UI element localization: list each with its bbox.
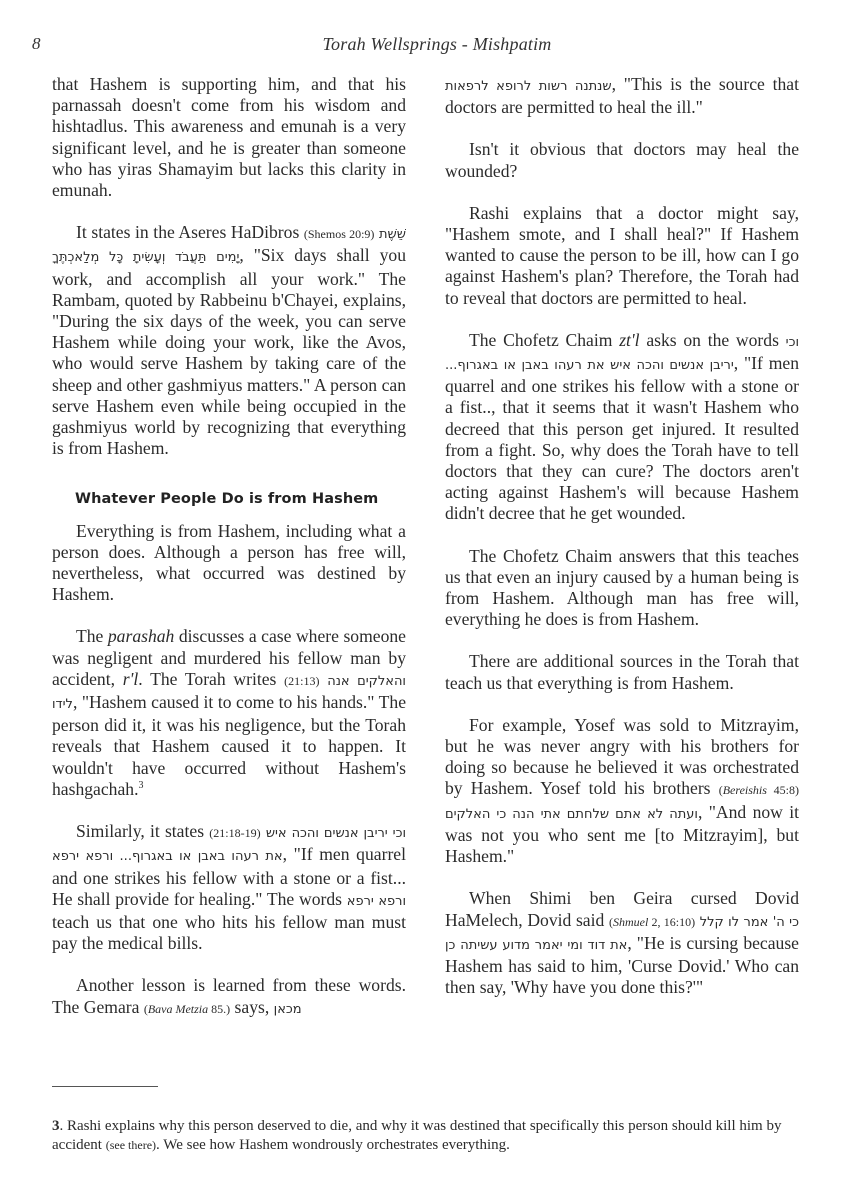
text: teach us that one who hits his fellow ma…	[52, 912, 406, 953]
left-column: that Hashem is supporting him, and that …	[52, 74, 406, 1041]
paragraph: Everything is from Hashem, including wha…	[52, 521, 406, 606]
paragraph: שנתנה רשות לרופא לרפאות, "This is the so…	[445, 74, 799, 118]
paragraph: The Chofetz Chaim answers that this teac…	[445, 546, 799, 631]
text: says,	[230, 997, 274, 1017]
text: , "Hashem caused it to come to his hands…	[52, 692, 406, 799]
paragraph: Similarly, it states (21:18-19) וכי יריב…	[52, 821, 406, 954]
text: , "Six days shall you work, and accompli…	[52, 245, 406, 458]
running-title: Torah Wellsprings - Mishpatim	[0, 34, 849, 55]
running-head: 8 Torah Wellsprings - Mishpatim	[0, 34, 849, 58]
citation: (21:18-19)	[209, 826, 260, 840]
citation-book: Shmuel	[613, 915, 648, 929]
paragraph: Rashi explains that a doctor might say, …	[445, 203, 799, 309]
paragraph: that Hashem is supporting him, and that …	[52, 74, 406, 201]
italic-term: zt'l	[619, 330, 639, 350]
citation-num: 45:8)	[767, 783, 799, 797]
citation-book: Bava Metzia	[148, 1002, 208, 1016]
paragraph: It states in the Aseres HaDibros (Shemos…	[52, 222, 406, 459]
hebrew-quote: ועתה לא אתם שלחתם אתי הנה כי האלקים	[445, 807, 698, 822]
text: , "If men quarrel and one strikes his fe…	[445, 353, 799, 523]
citation: (21:13)	[284, 674, 319, 688]
footnote: 3. Rashi explains why this person deserv…	[52, 1117, 800, 1155]
italic-term: parashah	[108, 626, 174, 646]
paragraph: The Chofetz Chaim zt'l asks on the words…	[445, 330, 799, 525]
paragraph: The parashah discusses a case where some…	[52, 626, 406, 800]
paragraph: When Shimi ben Geira cursed Dovid HaMele…	[445, 888, 799, 998]
paragraph: Isn't it obvious that doctors may heal t…	[445, 139, 799, 181]
italic-term: r'l	[123, 669, 139, 689]
text: The	[76, 626, 108, 646]
paragraph: There are additional sources in the Tora…	[445, 651, 799, 693]
right-column: שנתנה רשות לרופא לרפאות, "This is the so…	[445, 74, 799, 1019]
text: . The Torah writes	[138, 669, 284, 689]
text: . We see how Hashem wondrously orchestra…	[156, 1137, 510, 1153]
citation-num: 85.)	[208, 1002, 230, 1016]
hebrew-quote: ורפא ירפא	[347, 894, 406, 909]
text: asks on the words	[640, 330, 786, 350]
footnote-number: 3	[52, 1118, 60, 1134]
citation: (Shemos 20:9)	[304, 227, 375, 241]
citation: (see there)	[106, 1138, 156, 1152]
hebrew-quote: שנתנה רשות לרופא לרפאות	[445, 79, 612, 94]
text: It states in the Aseres HaDibros	[76, 222, 304, 242]
citation-book: Bereishis	[723, 783, 767, 797]
paragraph: For example, Yosef was sold to Mitzrayim…	[445, 715, 799, 867]
text: Similarly, it states	[76, 821, 209, 841]
footnote-marker[interactable]: 3	[138, 780, 143, 791]
section-heading: Whatever People Do is from Hashem	[75, 489, 406, 510]
text: The Chofetz Chaim	[469, 330, 619, 350]
citation-num: 2, 16:10)	[648, 915, 695, 929]
hebrew-quote: מכאן	[274, 1002, 302, 1017]
footnote-divider	[52, 1086, 158, 1087]
paragraph: Another lesson is learned from these wor…	[52, 975, 406, 1019]
